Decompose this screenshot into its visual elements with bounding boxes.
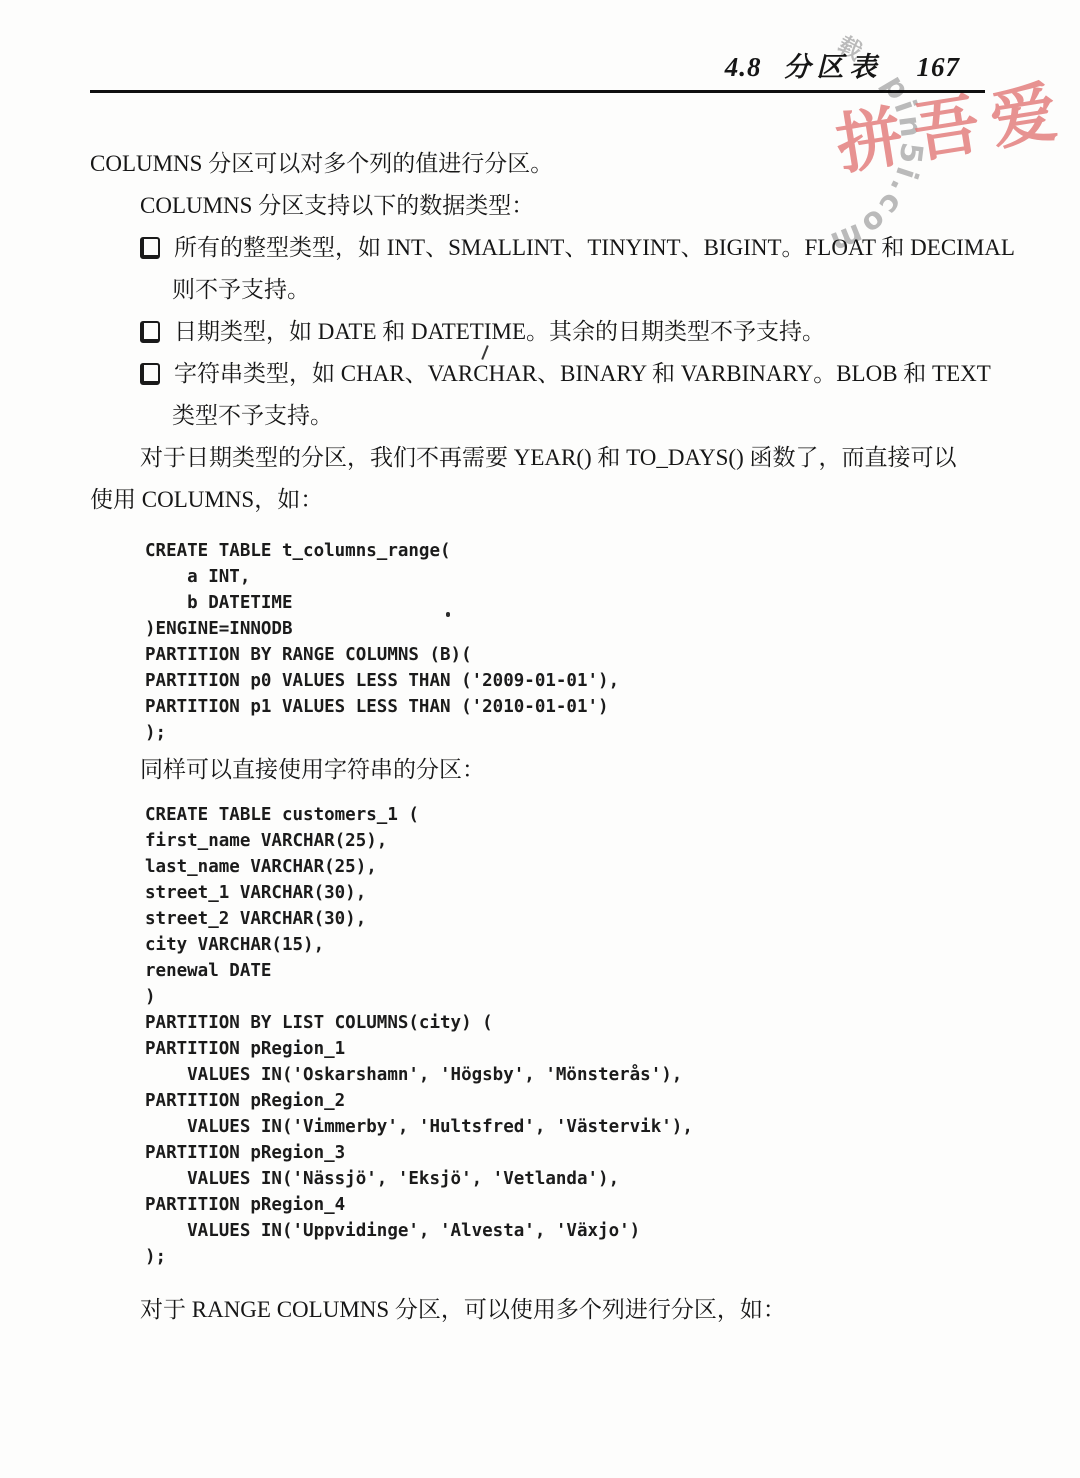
code-line: PARTITION p0 VALUES LESS THAN ('2009-01-…: [145, 668, 985, 694]
bullet-text: 日期类型，如 DATE 和 DATETIME。其余的日期类型不予支持。: [174, 311, 825, 353]
paragraph-date-partition-line2: 使用 COLUMNS，如：: [90, 479, 985, 521]
code-line: ): [145, 984, 985, 1010]
code-line: PARTITION BY RANGE COLUMNS (B)(: [145, 642, 985, 668]
square-bullet-icon: [140, 237, 160, 259]
code-line: PARTITION pRegion_3: [145, 1140, 985, 1166]
code-line: city VARCHAR(15),: [145, 932, 985, 958]
bullet-item-string-wrap: 类型不予支持。: [90, 395, 985, 437]
code-line: CREATE TABLE t_columns_range(: [145, 538, 985, 564]
code-line: PARTITION BY LIST COLUMNS(city) (: [145, 1010, 985, 1036]
running-head: 4.8分区表167: [90, 50, 960, 84]
page-body: COLUMNS 分区可以对多个列的值进行分区。 COLUMNS 分区支持以下的数…: [90, 143, 985, 1331]
paragraph-string-partition: 同样可以直接使用字符串的分区：: [90, 749, 985, 791]
bullet-text: 所有的整型类型，如 INT、SMALLINT、TINYINT、BIGINT。FL…: [174, 227, 1015, 269]
bullet-item-integer: 所有的整型类型，如 INT、SMALLINT、TINYINT、BIGINT。FL…: [90, 227, 985, 269]
code-line: street_2 VARCHAR(30),: [145, 906, 985, 932]
code-line: PARTITION pRegion_4: [145, 1192, 985, 1218]
bullet-item-date: 日期类型，如 DATE 和 DATETIME。其余的日期类型不予支持。: [90, 311, 985, 353]
paragraph-date-partition-line1: 对于日期类型的分区，我们不再需要 YEAR() 和 TO_DAYS() 函数了，…: [90, 437, 985, 479]
code-line: b DATETIME: [145, 590, 985, 616]
code-block-range-columns: CREATE TABLE t_columns_range( a INT, b D…: [145, 538, 985, 746]
code-line: VALUES IN('Oskarshamn', 'Högsby', 'Mönst…: [145, 1062, 985, 1088]
square-bullet-icon: [140, 363, 160, 385]
code-line: last_name VARCHAR(25),: [145, 854, 985, 880]
code-line: PARTITION p1 VALUES LESS THAN ('2010-01-…: [145, 694, 985, 720]
code-block-list-columns: CREATE TABLE customers_1 (first_name VAR…: [145, 802, 985, 1270]
bullet-item-integer-wrap: 则不予支持。: [90, 269, 985, 311]
code-line: first_name VARCHAR(25),: [145, 828, 985, 854]
code-line: PARTITION pRegion_1: [145, 1036, 985, 1062]
code-line: VALUES IN('Vimmerby', 'Hultsfred', 'Väst…: [145, 1114, 985, 1140]
code-line: CREATE TABLE customers_1 (: [145, 802, 985, 828]
code-line: street_1 VARCHAR(30),: [145, 880, 985, 906]
bullet-item-string: 字符串类型，如 CHAR、VARCHAR、BINARY 和 VARBINARY。…: [90, 353, 985, 395]
code-line: VALUES IN('Nässjö', 'Eksjö', 'Vetlanda')…: [145, 1166, 985, 1192]
code-line: PARTITION pRegion_2: [145, 1088, 985, 1114]
square-bullet-icon: [140, 321, 160, 343]
scan-artifact-dot: [446, 612, 450, 617]
paragraph-range-columns: 对于 RANGE COLUMNS 分区，可以使用多个列进行分区，如：: [90, 1289, 985, 1331]
code-line: VALUES IN('Uppvidinge', 'Alvesta', 'Växj…: [145, 1218, 985, 1244]
code-line: )ENGINE=INNODB: [145, 616, 985, 642]
code-line: );: [145, 720, 985, 746]
code-line: );: [145, 1244, 985, 1270]
header-rule: [90, 90, 985, 93]
code-line: renewal DATE: [145, 958, 985, 984]
book-page: 4.8分区表167 pin5i.com 最新编程资源分享下载 拼吾爱 COLUM…: [0, 0, 1080, 1478]
section-title: 分区表: [784, 52, 883, 82]
page-number: 167: [917, 52, 961, 82]
bullet-text: 字符串类型，如 CHAR、VARCHAR、BINARY 和 VARBINARY。…: [174, 353, 991, 395]
code-line: a INT,: [145, 564, 985, 590]
paragraph-intro: COLUMNS 分区可以对多个列的值进行分区。: [90, 143, 985, 185]
section-number: 4.8: [725, 52, 762, 82]
paragraph-supported-types: COLUMNS 分区支持以下的数据类型：: [90, 185, 985, 227]
